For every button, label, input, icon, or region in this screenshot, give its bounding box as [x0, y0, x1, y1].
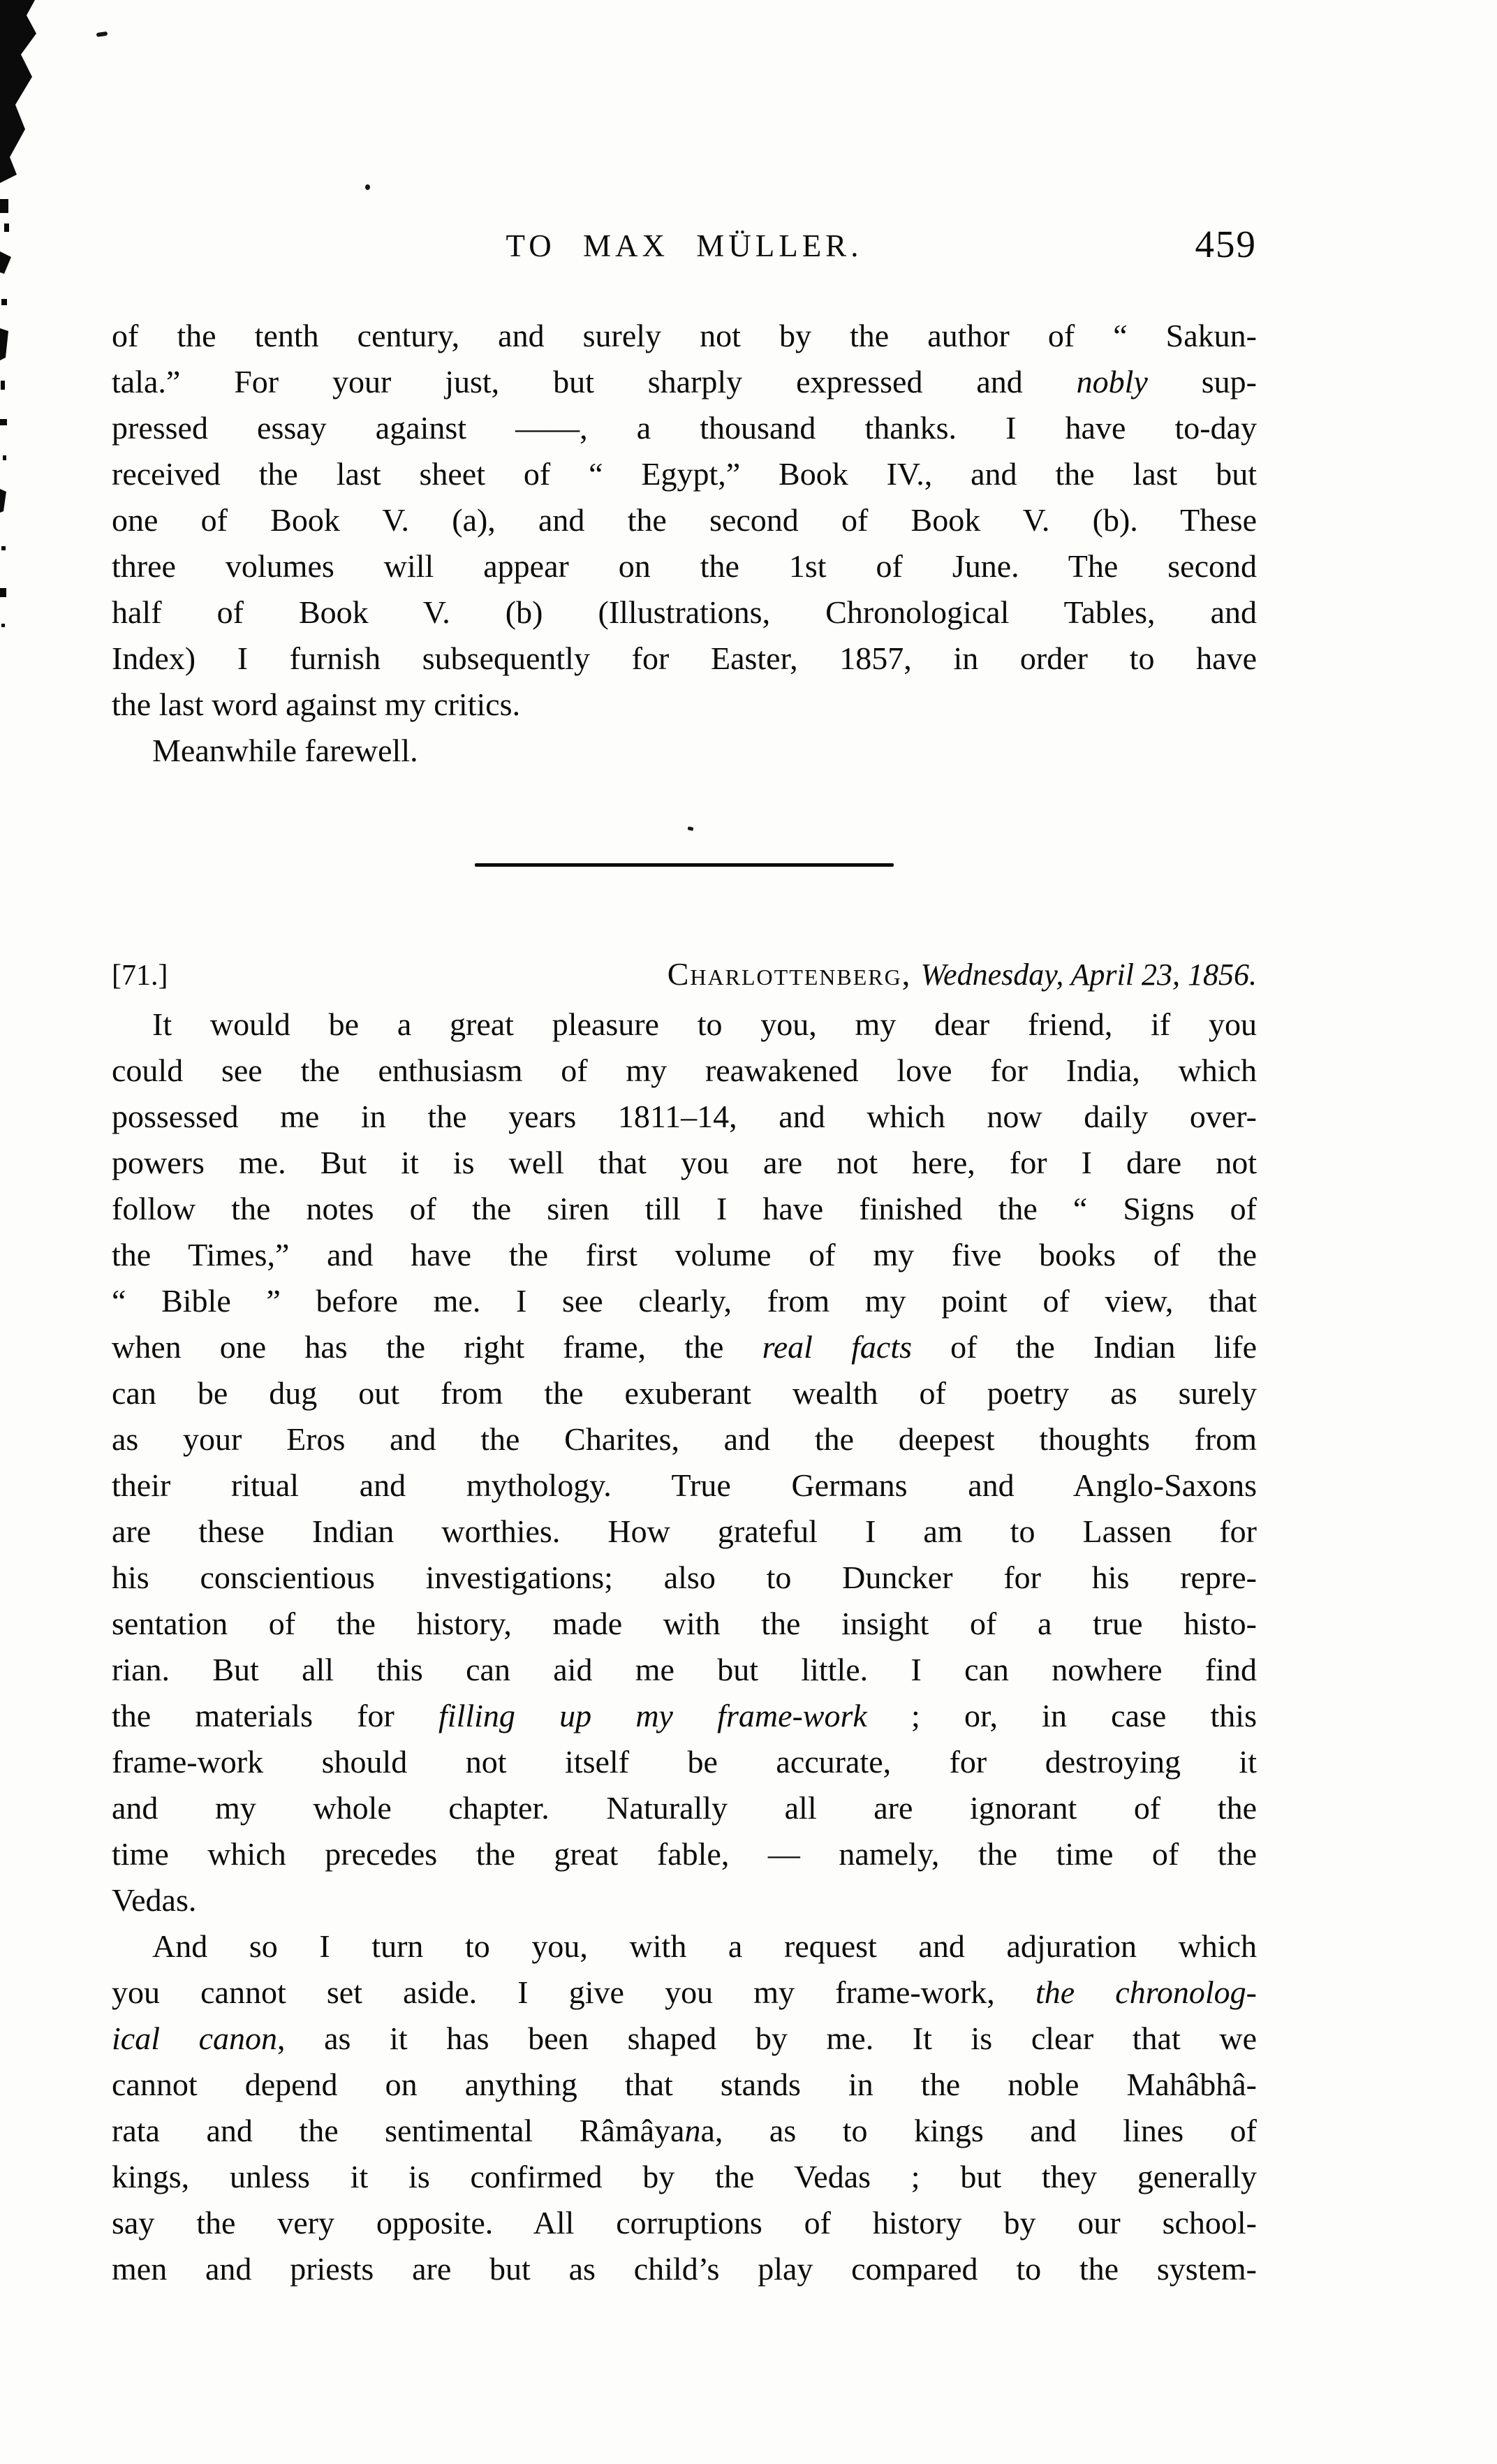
paragraph: Meanwhile farewell. — [112, 728, 1257, 774]
text-line: say the very opposite. All corruptions o… — [112, 2200, 1257, 2246]
letter-71: [71.] Charlottenberg,Wednesday, April 23… — [112, 955, 1257, 2292]
text-line: received the last sheet of “ Egypt,” Boo… — [112, 451, 1257, 497]
scan-speck-artifact — [365, 184, 370, 190]
paragraph: And so I turn to you, with a request and… — [112, 1923, 1257, 2292]
text-column: of the tenth century, and surely not by … — [112, 313, 1257, 2292]
letter-heading: [71.] Charlottenberg,Wednesday, April 23… — [112, 955, 1257, 1002]
text-line: as your Eros and the Charites, and the d… — [112, 1416, 1257, 1462]
text-line: kings, unless it is confirmed by the Ved… — [112, 2154, 1257, 2200]
letter-70-continuation: of the tenth century, and surely not by … — [112, 313, 1257, 774]
text-line: powers me. But it is well that you are n… — [112, 1140, 1257, 1186]
scan-speck-artifact — [96, 31, 108, 37]
text-line: the last word against my critics. — [112, 682, 1257, 728]
running-title: TO MAX MÜLLER. — [112, 228, 1257, 264]
text-line: are these Indian worthies. How grateful … — [112, 1509, 1257, 1555]
letter-place: Charlottenberg, — [668, 956, 912, 992]
text-line: the materials for filling up my frame-wo… — [112, 1693, 1257, 1739]
letter-dateline: Charlottenberg,Wednesday, April 23, 1856… — [668, 955, 1257, 992]
text-line: could see the enthusiasm of my reawakene… — [112, 1048, 1257, 1094]
text-line: “ Bible ” before me. I see clearly, from… — [112, 1278, 1257, 1324]
text-line: you cannot set aside. I give you my fram… — [112, 1970, 1257, 2016]
text-line: half of Book V. (b) (Illustrations, Chro… — [112, 589, 1257, 636]
text-line: follow the notes of the siren till I hav… — [112, 1186, 1257, 1232]
text-line: their ritual and mythology. True Germans… — [112, 1462, 1257, 1509]
book-page-scan: TO MAX MÜLLER. 459 of the tenth century,… — [0, 0, 1497, 2464]
text-line: frame-work should not itself be accurate… — [112, 1739, 1257, 1785]
text-line: Vedas. — [112, 1877, 1257, 1923]
text-line: the Times,” and have the first volume of… — [112, 1232, 1257, 1278]
letter-divider — [112, 774, 1257, 955]
text-line: pressed essay against ——, a thousand tha… — [112, 405, 1257, 451]
text-line: rian. But all this can aid me but little… — [112, 1647, 1257, 1693]
paragraph: of the tenth century, and surely not by … — [112, 313, 1257, 728]
text-line: his conscientious investigations; also t… — [112, 1555, 1257, 1601]
text-line: one of Book V. (a), and the second of Bo… — [112, 497, 1257, 543]
scan-ink-blot-artifact — [0, 0, 49, 663]
text-line: tala.” For your just, but sharply expres… — [112, 359, 1257, 405]
page-header: TO MAX MÜLLER. 459 — [112, 222, 1257, 277]
text-line: three volumes will appear on the 1st of … — [112, 543, 1257, 589]
letter-number: [71.] — [112, 959, 168, 992]
text-line: And so I turn to you, with a request and… — [112, 1923, 1257, 1970]
page-number: 459 — [1195, 222, 1258, 266]
text-line: cannot depend on anything that stands in… — [112, 2062, 1257, 2108]
text-line: sentation of the history, made with the … — [112, 1601, 1257, 1647]
text-line: Index) I furnish subsequently for Easter… — [112, 636, 1257, 682]
text-line: It would be a great pleasure to you, my … — [112, 1002, 1257, 1048]
text-line: and my whole chapter. Naturally all are … — [112, 1785, 1257, 1831]
text-line: when one has the right frame, the real f… — [112, 1324, 1257, 1370]
text-line: time which precedes the great fable, — n… — [112, 1831, 1257, 1877]
letter-date: Wednesday, April 23, 1856. — [920, 958, 1257, 992]
divider-rule — [475, 863, 894, 867]
text-line: of the tenth century, and surely not by … — [112, 313, 1257, 359]
text-line: rata and the sentimental Râmâyana, as to… — [112, 2108, 1257, 2154]
text-line: Meanwhile farewell. — [112, 728, 1257, 774]
text-line: possessed me in the years 1811–14, and w… — [112, 1094, 1257, 1140]
paragraph: It would be a great pleasure to you, my … — [112, 1002, 1257, 1923]
text-line: can be dug out from the exuberant wealth… — [112, 1370, 1257, 1416]
text-line: men and priests are but as child’s play … — [112, 2246, 1257, 2292]
text-line: ical canon, as it has been shaped by me.… — [112, 2016, 1257, 2062]
